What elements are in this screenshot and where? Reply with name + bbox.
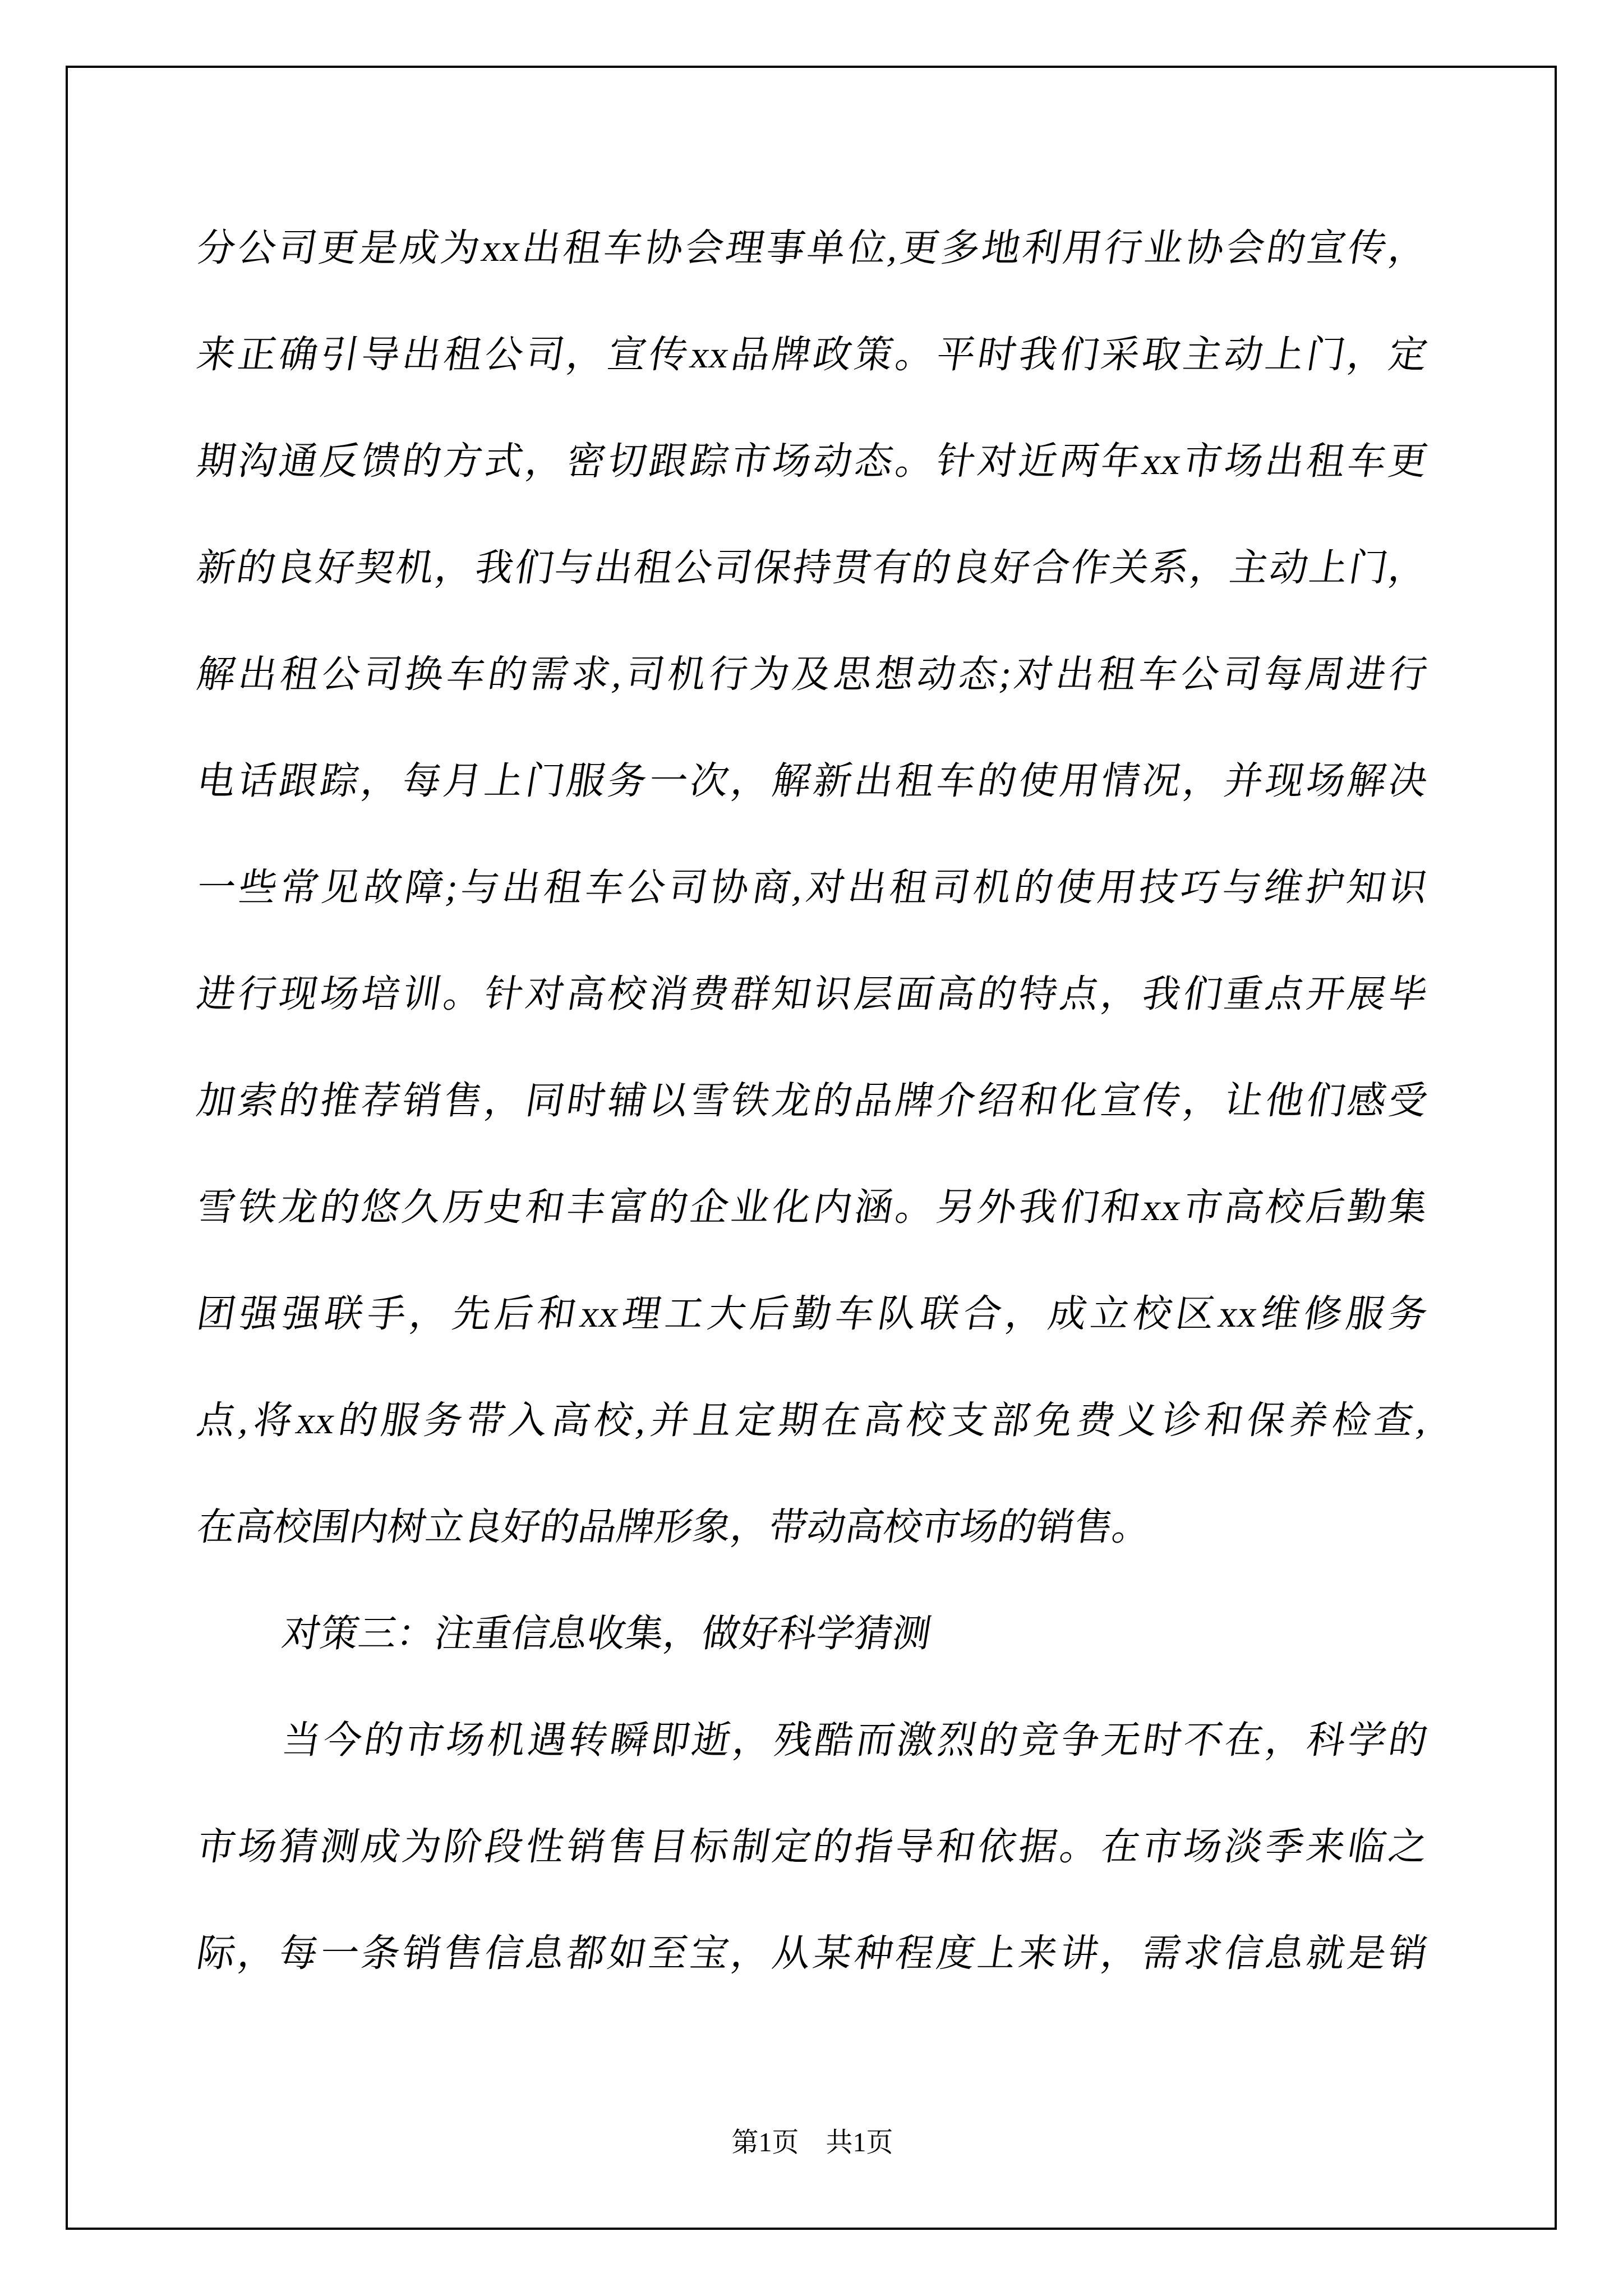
text-line: 一些常见故障;与出租车公司协商,对出租司机的使用技巧与维护知识 <box>189 834 1436 941</box>
text-line: 分公司更是成为xx出租车协会理事单位,更多地利用行业协会的宣传， <box>189 195 1436 301</box>
text-line: 市场猜测成为阶段性销售目标制定的指导和依据。在市场淡季来临之 <box>189 1793 1436 1900</box>
text-line: 团强强联手，先后和xx理工大后勤车队联合，成立校区xx维修服务 <box>189 1260 1436 1367</box>
text-line: 际，每一条销售信息都如至宝，从某种程度上来讲，需求信息就是销 <box>189 1900 1436 2007</box>
document-body: 分公司更是成为xx出租车协会理事单位,更多地利用行业协会的宣传， 来正确引导出租… <box>197 195 1427 2007</box>
text-line: 解出租公司换车的需求,司机行为及思想动态;对出租车公司每周进行 <box>189 621 1436 728</box>
text-line: 期沟通反馈的方式，密切跟踪市场动态。针对近两年xx市场出租车更 <box>189 408 1436 514</box>
text-line: 雪铁龙的悠久历史和丰富的企业化内涵。另外我们和xx市高校后勤集 <box>189 1154 1436 1260</box>
text-line: 点,将xx的服务带入高校,并且定期在高校支部免费义诊和保养检查, <box>189 1367 1436 1474</box>
text-line: 当今的市场机遇转瞬即逝，残酷而激烈的竞争无时不在，科学的 <box>189 1687 1436 1793</box>
text-line: 电话跟踪，每月上门服务一次，解新出租车的使用情况，并现场解决 <box>189 728 1436 834</box>
text-line: 在高校围内树立良好的品牌形象，带动高校市场的销售。 <box>189 1474 1436 1580</box>
document-page: 分公司更是成为xx出租车协会理事单位,更多地利用行业协会的宣传， 来正确引导出租… <box>0 0 1623 2296</box>
text-line-heading: 对策三：注重信息收集，做好科学猜测 <box>189 1580 1436 1687</box>
text-line: 加索的推荐销售，同时辅以雪铁龙的品牌介绍和化宣传，让他们感受 <box>189 1047 1436 1154</box>
text-line: 进行现场培训。针对高校消费群知识层面高的特点，我们重点开展毕 <box>189 941 1436 1047</box>
text-line: 来正确引导出租公司，宣传xx品牌政策。平时我们采取主动上门，定 <box>189 301 1436 408</box>
page-footer: 第1页 共1页 <box>197 2126 1427 2160</box>
text-line: 新的良好契机，我们与出租公司保持贯有的良好合作关系，主动上门， <box>189 514 1436 621</box>
